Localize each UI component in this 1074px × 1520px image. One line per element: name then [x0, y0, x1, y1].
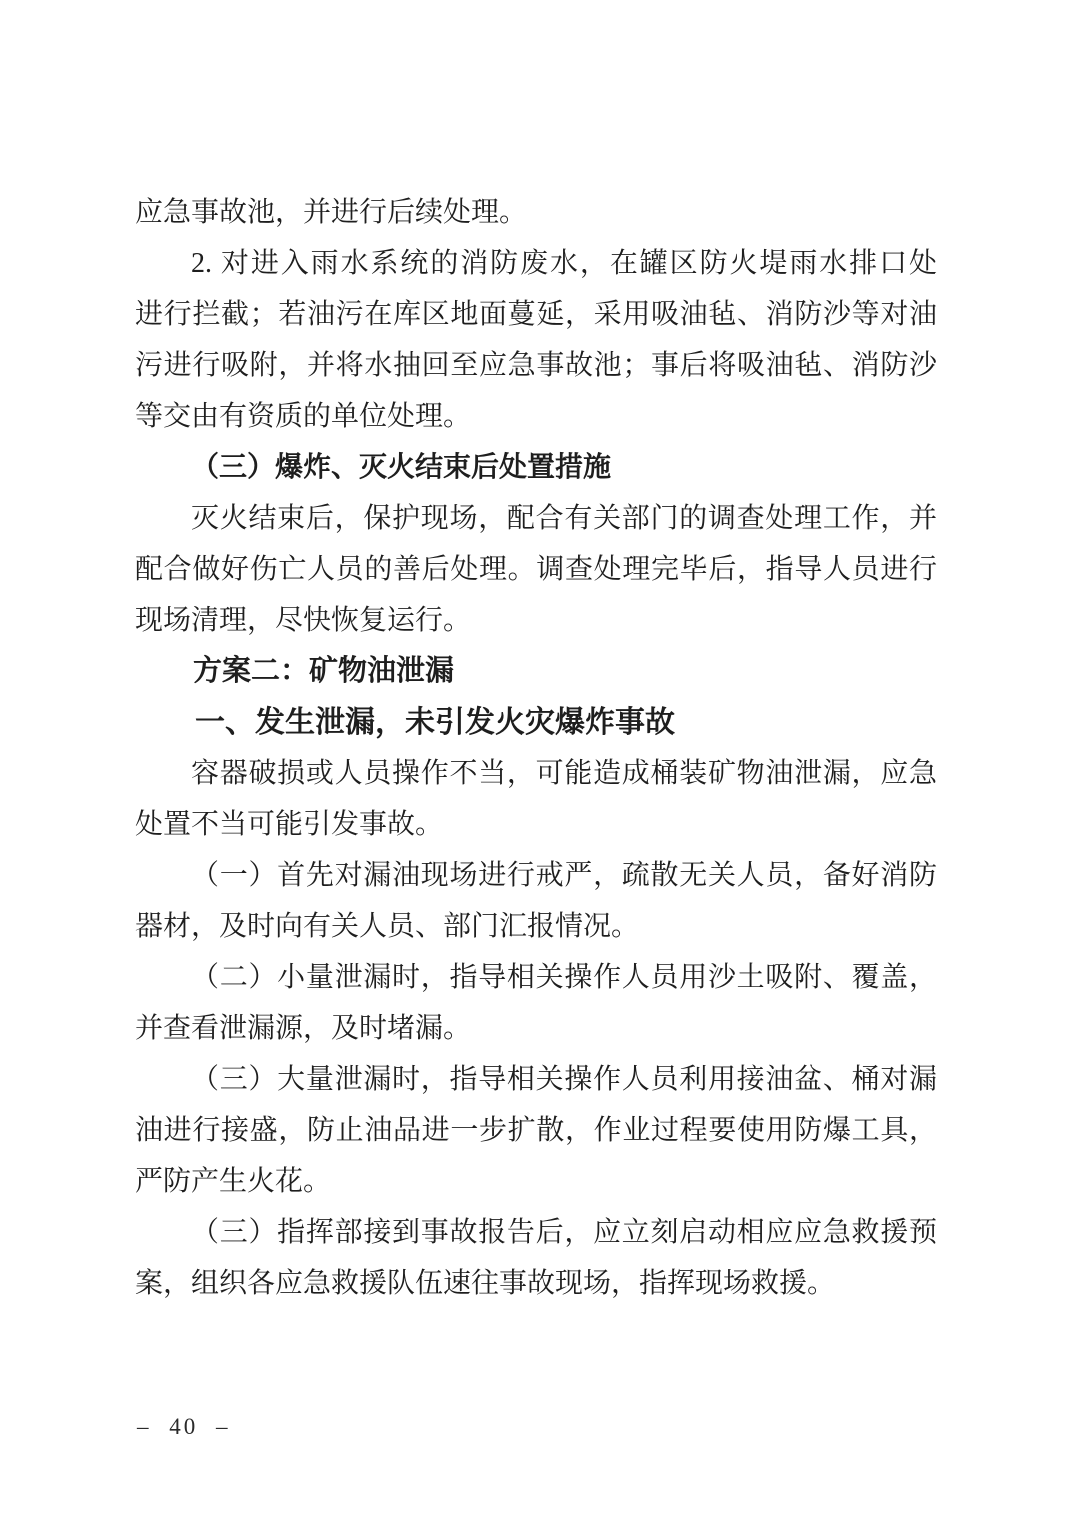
paragraph: 应急事故池，并进行后续处理。 — [135, 187, 937, 238]
text-line: 配合做好伤亡人员的善后处理。调查处理完毕后，指导人员进行 — [135, 544, 937, 595]
paragraph: 2. 对进入雨水系统的消防废水，在罐区防火堤雨水排口处进行拦截；若油污在库区地面… — [135, 238, 937, 442]
text-line: 2. 对进入雨水系统的消防废水，在罐区防火堤雨水排口处 — [135, 238, 937, 289]
paragraph: 灭火结束后，保护现场，配合有关部门的调查处理工作，并配合做好伤亡人员的善后处理。… — [135, 493, 937, 646]
paragraph: 容器破损或人员操作不当，可能造成桶装矿物油泄漏，应急处置不当可能引发事故。 — [135, 748, 937, 850]
text-line: 并查看泄漏源，及时堵漏。 — [135, 1003, 937, 1054]
text-line: 污进行吸附，并将水抽回至应急事故池；事后将吸油毡、消防沙 — [135, 340, 937, 391]
paragraph: （三）指挥部接到事故报告后，应立刻启动相应应急救援预案，组织各应急救援队伍速往事… — [135, 1207, 937, 1309]
text-line: 灭火结束后，保护现场，配合有关部门的调查处理工作，并 — [135, 493, 937, 544]
paragraph: （二）小量泄漏时，指导相关操作人员用沙土吸附、覆盖，并查看泄漏源，及时堵漏。 — [135, 952, 937, 1054]
text-line: （三）指挥部接到事故报告后，应立刻启动相应应急救援预 — [135, 1207, 937, 1258]
text-line: 油进行接盛，防止油品进一步扩散，作业过程要使用防爆工具， — [135, 1105, 937, 1156]
text-line: 进行拦截；若油污在库区地面蔓延，采用吸油毡、消防沙等对油 — [135, 289, 937, 340]
document-page: 应急事故池，并进行后续处理。2. 对进入雨水系统的消防废水，在罐区防火堤雨水排口… — [0, 0, 1074, 1520]
heading-kai-bold: 方案二：矿物油泄漏 — [135, 646, 937, 697]
text-line: （三）爆炸、灭火结束后处置措施 — [135, 442, 937, 493]
paragraph: （一）首先对漏油现场进行戒严，疏散无关人员，备好消防器材，及时向有关人员、部门汇… — [135, 850, 937, 952]
text-line: 处置不当可能引发事故。 — [135, 799, 937, 850]
text-line: 方案二：矿物油泄漏 — [135, 646, 937, 697]
text-line: （一）首先对漏油现场进行戒严，疏散无关人员，备好消防 — [135, 850, 937, 901]
text-line: 器材，及时向有关人员、部门汇报情况。 — [135, 901, 937, 952]
text-line: （三）大量泄漏时，指导相关操作人员利用接油盆、桶对漏 — [135, 1054, 937, 1105]
heading-kai: （三）爆炸、灭火结束后处置措施 — [135, 442, 937, 493]
text-line: 一、发生泄漏，未引发火灾爆炸事故 — [135, 697, 937, 748]
text-line: （二）小量泄漏时，指导相关操作人员用沙土吸附、覆盖， — [135, 952, 937, 1003]
page-number: – 40 – — [137, 1412, 231, 1442]
document-body: 应急事故池，并进行后续处理。2. 对进入雨水系统的消防废水，在罐区防火堤雨水排口… — [135, 187, 937, 1309]
text-line: 等交由有资质的单位处理。 — [135, 391, 937, 442]
text-line: 严防产生火花。 — [135, 1156, 937, 1207]
text-line: 容器破损或人员操作不当，可能造成桶装矿物油泄漏，应急 — [135, 748, 937, 799]
text-line: 现场清理，尽快恢复运行。 — [135, 595, 937, 646]
paragraph: （三）大量泄漏时，指导相关操作人员利用接油盆、桶对漏油进行接盛，防止油品进一步扩… — [135, 1054, 937, 1207]
heading-hei: 一、发生泄漏，未引发火灾爆炸事故 — [135, 697, 937, 748]
text-line: 案，组织各应急救援队伍速往事故现场，指挥现场救援。 — [135, 1258, 937, 1309]
text-line: 应急事故池，并进行后续处理。 — [135, 187, 937, 238]
